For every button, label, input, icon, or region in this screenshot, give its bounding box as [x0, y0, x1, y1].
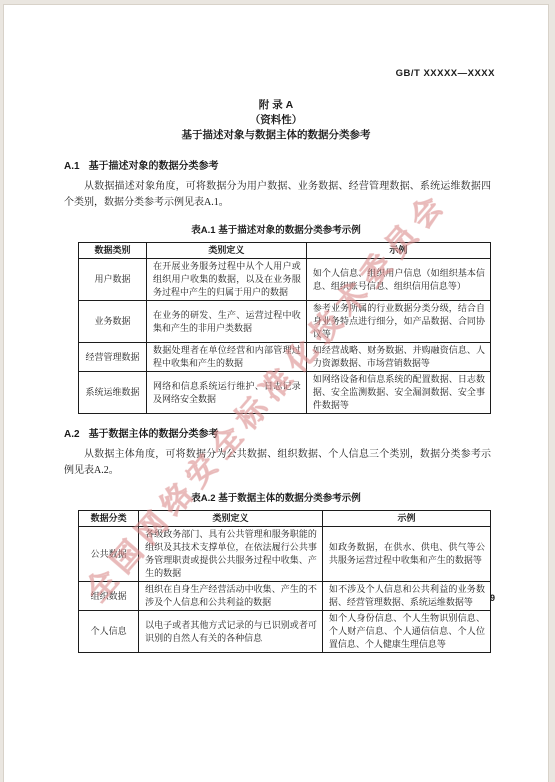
cell-category: 个人信息 [79, 611, 139, 653]
cell-example: 如个人信息、组织用户信息（如组织基本信息、组织账号信息、组织信用信息等） [306, 259, 490, 301]
cell-category: 系统运维数据 [79, 372, 147, 414]
table-a1-header-row: 数据类别 类别定义 示例 [79, 243, 491, 259]
cell-definition: 在业务的研发、生产、运营过程中收集和产生的非用户类数据 [146, 301, 306, 343]
cell-category: 经营管理数据 [79, 343, 147, 372]
table-row: 用户数据 在开展业务服务过程中从个人用户或组织用户收集的数据，以及在业务服务过程… [79, 259, 491, 301]
cell-example: 如个人身份信息、个人生物识别信息、个人财产信息、个人通信信息、个人位置信息、个人… [322, 611, 490, 653]
section-a2-paragraph: 从数据主体角度，可将数据分为公共数据、组织数据、个人信息三个类别，数据分类参考示… [64, 447, 491, 478]
cell-definition: 数据处理者在单位经营和内部管理过程中收集和产生的数据 [146, 343, 306, 372]
table-row: 公共数据 各级政务部门、具有公共管理和服务职能的组织及其技术支撑单位，在依法履行… [79, 527, 491, 582]
table-a1-col-example: 示例 [306, 243, 490, 259]
table-a1-col-definition: 类别定义 [146, 243, 306, 259]
cell-example: 如经营战略、财务数据、并购融资信息、人力资源数据、市场营销数据等 [306, 343, 490, 372]
table-row: 系统运维数据 网络和信息系统运行维护、日志记录及网络安全数据 如网络设备和信息系… [79, 372, 491, 414]
table-a2-col-example: 示例 [322, 511, 490, 527]
document-page: 全国网络安全标准化技术委员会 GB/T XXXXX—XXXX 附 录 A （资料… [3, 4, 549, 782]
table-row: 经营管理数据 数据处理者在单位经营和内部管理过程中收集和产生的数据 如经营战略、… [79, 343, 491, 372]
table-a1-caption: 表A.1 基于描述对象的数据分类参考示例 [4, 222, 548, 236]
appendix-label: 附 录 A [4, 98, 548, 113]
cell-definition: 网络和信息系统运行维护、日志记录及网络安全数据 [146, 372, 306, 414]
cell-category: 业务数据 [79, 301, 147, 343]
section-a2-title: 基于数据主体的数据分类参考 [89, 429, 219, 440]
section-a2: A.2基于数据主体的数据分类参考 从数据主体角度，可将数据分为公共数据、组织数据… [4, 425, 548, 653]
cell-category: 组织数据 [79, 582, 139, 611]
appendix-normative-tag: （资料性） [4, 113, 548, 128]
section-a1-heading: A.1基于描述对象的数据分类参考 [64, 157, 490, 172]
table-a2-caption: 表A.2 基于数据主体的数据分类参考示例 [4, 490, 548, 504]
cell-definition: 以电子或者其他方式记录的与已识别或者可识别的自然人有关的各种信息 [139, 611, 323, 653]
cell-example: 参考业务所属的行业数据分类分级，结合自身业务特点进行细分，如产品数据、合同协议等 [306, 301, 490, 343]
section-a2-number: A.2 [64, 429, 80, 440]
cell-definition: 组织在自身生产经营活动中收集、产生的不涉及个人信息和公共利益的数据 [139, 582, 323, 611]
table-row: 个人信息 以电子或者其他方式记录的与已识别或者可识别的自然人有关的各种信息 如个… [79, 611, 491, 653]
cell-definition: 各级政务部门、具有公共管理和服务职能的组织及其技术支撑单位，在依法履行公共事务管… [139, 527, 323, 582]
section-a2-heading: A.2基于数据主体的数据分类参考 [64, 425, 490, 440]
table-a1: 数据类别 类别定义 示例 用户数据 在开展业务服务过程中从个人用户或组织用户收集… [78, 242, 491, 414]
standard-number: GB/T XXXXX—XXXX [4, 5, 548, 79]
table-row: 业务数据 在业务的研发、生产、运营过程中收集和产生的非用户类数据 参考业务所属的… [79, 301, 491, 343]
cell-example: 如不涉及个人信息和公共利益的业务数据、经营管理数据、系统运维数据等 [322, 582, 490, 611]
appendix-title: 基于描述对象与数据主体的数据分类参考 [4, 128, 548, 143]
cell-definition: 在开展业务服务过程中从个人用户或组织用户收集的数据，以及在业务服务过程中产生的归… [146, 259, 306, 301]
section-a1: A.1基于描述对象的数据分类参考 从数据描述对象角度，可将数据分为用户数据、业务… [4, 157, 548, 414]
cell-category: 公共数据 [79, 527, 139, 582]
section-a1-paragraph: 从数据描述对象角度，可将数据分为用户数据、业务数据、经营管理数据、系统运维数据四… [64, 179, 491, 210]
table-a2: 数据分类 类别定义 示例 公共数据 各级政务部门、具有公共管理和服务职能的组织及… [78, 510, 491, 653]
appendix-header: 附 录 A （资料性） 基于描述对象与数据主体的数据分类参考 [4, 98, 548, 143]
section-a1-number: A.1 [64, 161, 80, 172]
cell-example: 如网络设备和信息系统的配置数据、日志数据、安全监测数据、安全漏洞数据、安全事件数… [306, 372, 490, 414]
cell-category: 用户数据 [79, 259, 147, 301]
section-a1-title: 基于描述对象的数据分类参考 [89, 161, 219, 172]
table-row: 组织数据 组织在自身生产经营活动中收集、产生的不涉及个人信息和公共利益的数据 如… [79, 582, 491, 611]
table-a2-header-row: 数据分类 类别定义 示例 [79, 511, 491, 527]
table-a2-col-definition: 类别定义 [139, 511, 323, 527]
table-a1-col-category: 数据类别 [79, 243, 147, 259]
page-number: 9 [490, 593, 495, 603]
cell-example: 如政务数据，在供水、供电、供气等公共服务运营过程中收集和产生的数据等 [322, 527, 490, 582]
table-a2-col-category: 数据分类 [79, 511, 139, 527]
